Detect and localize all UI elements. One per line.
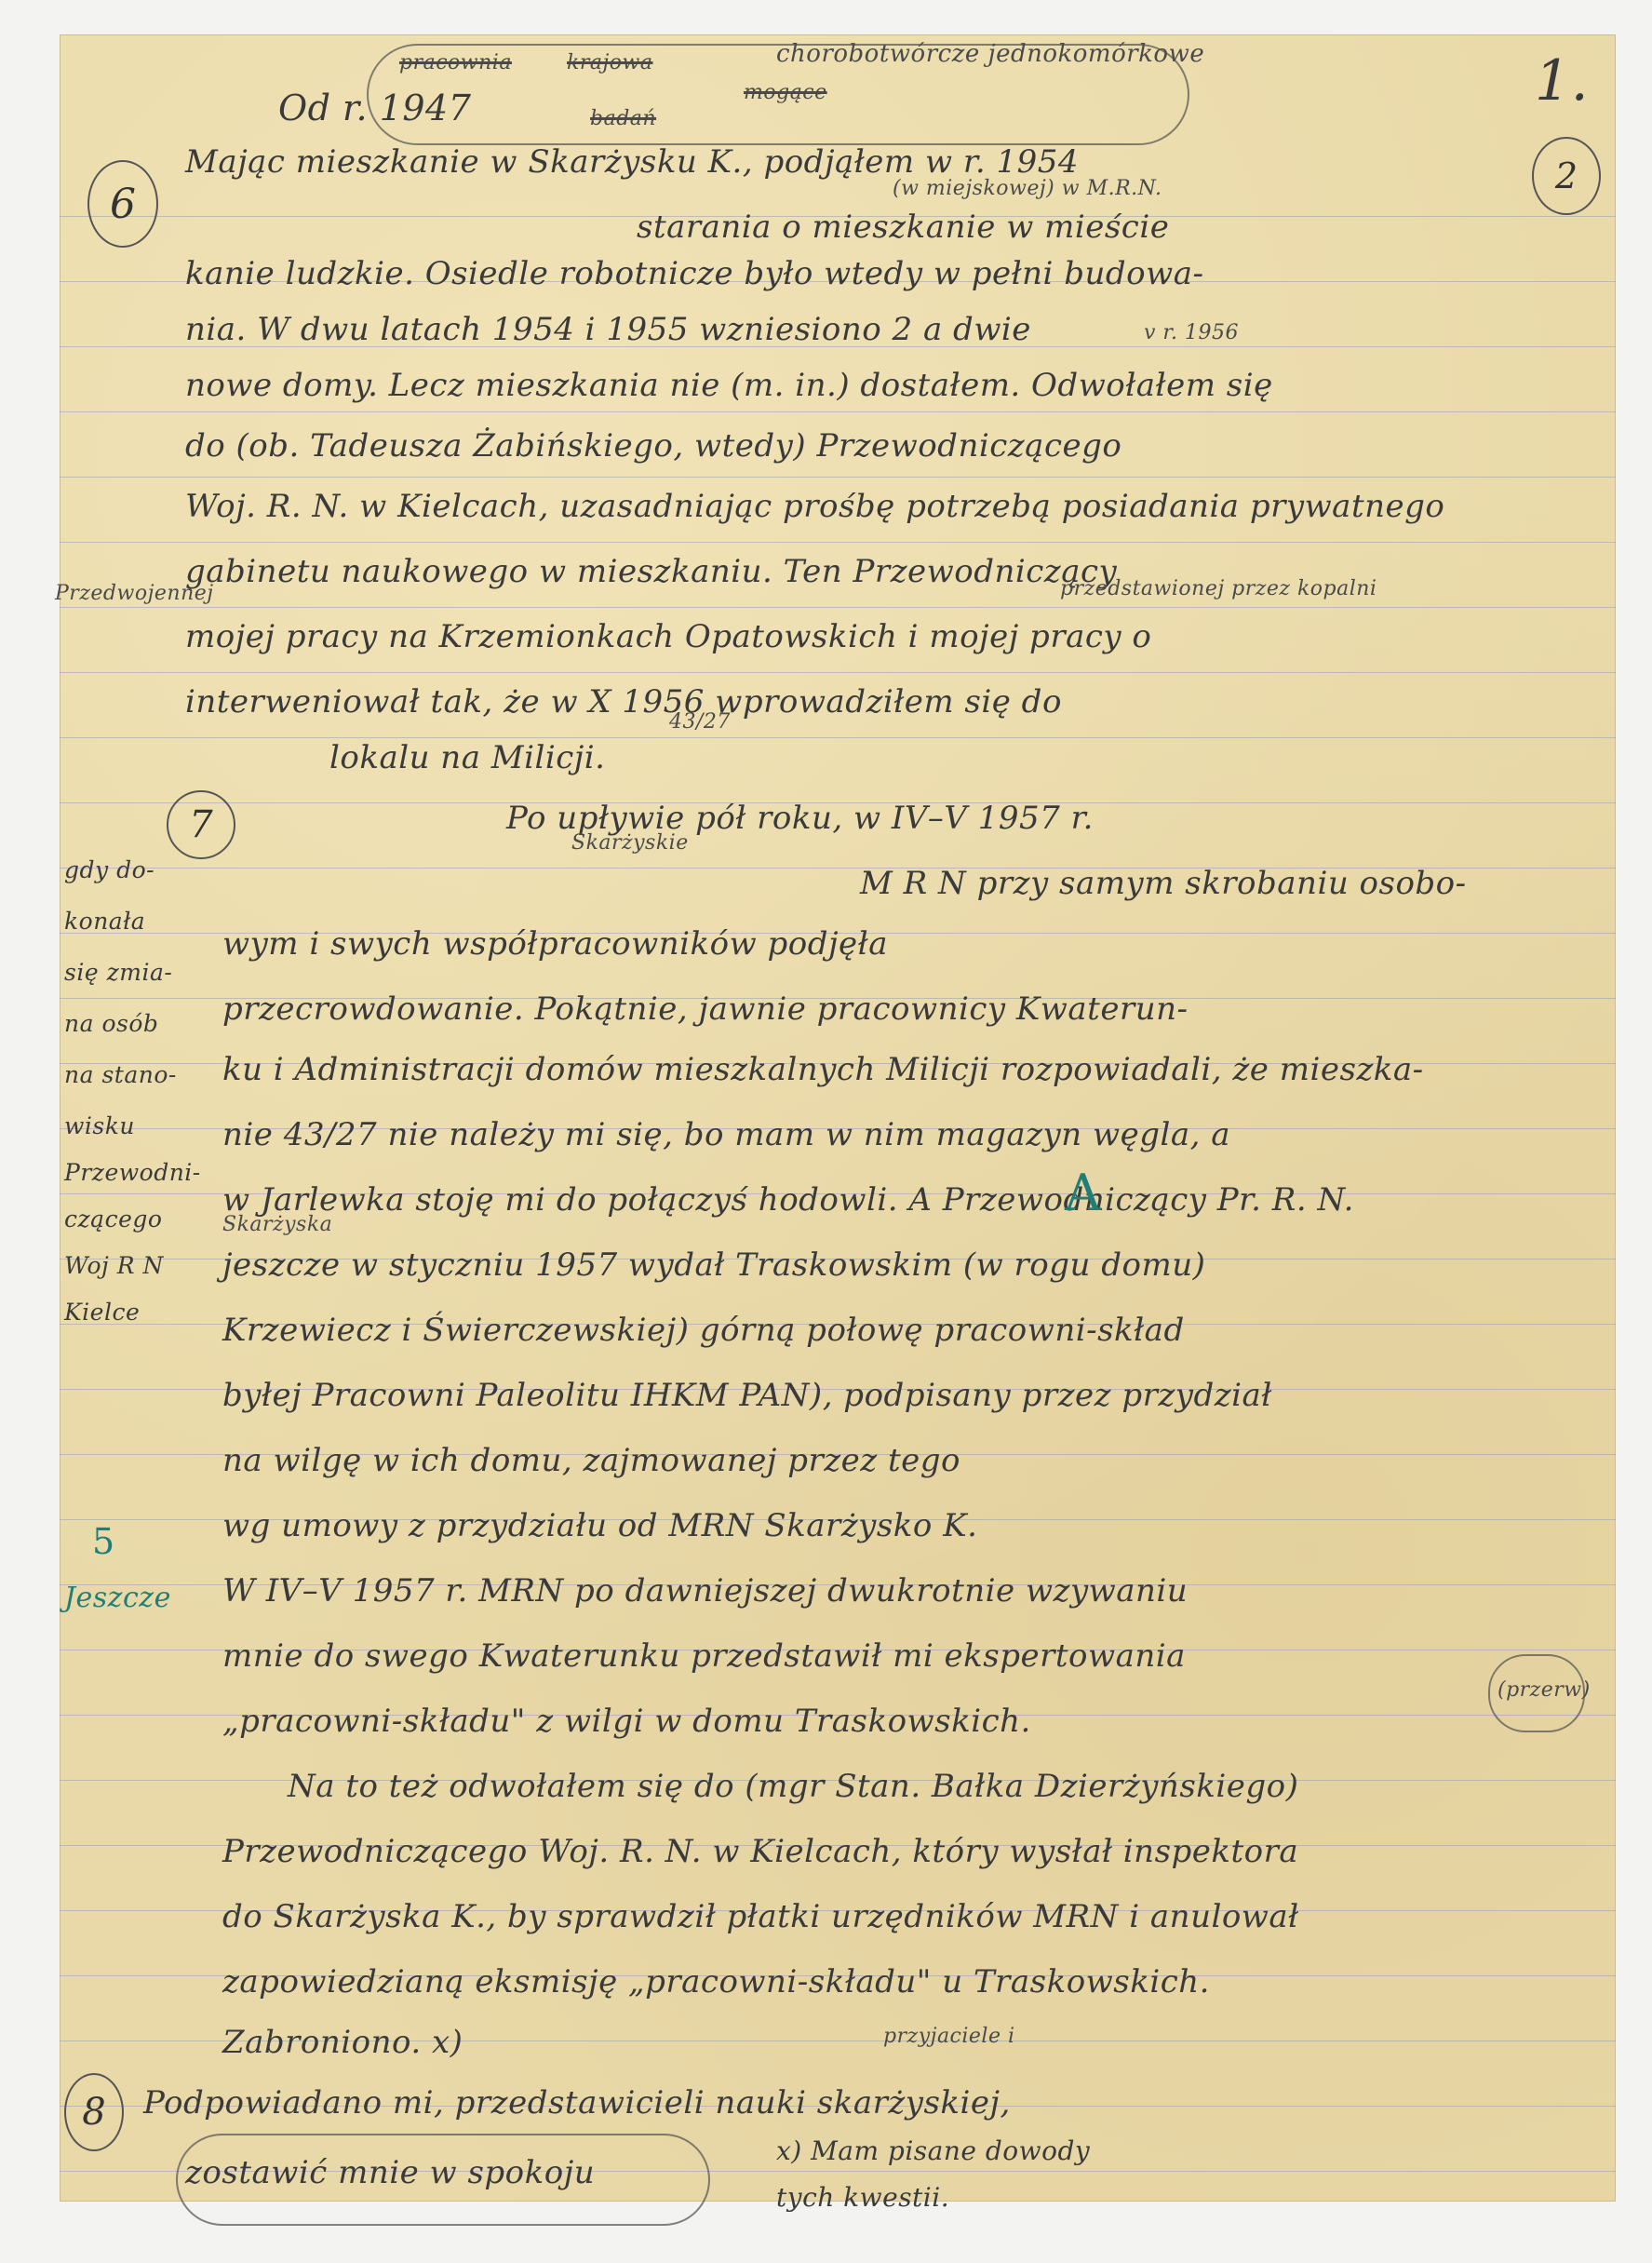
footnote: tych kwestii. xyxy=(776,2185,949,2211)
text-line: starania o mieszkanie w mieście xyxy=(637,211,1169,243)
text-line: Po upływie pół roku, w IV–V 1957 r. xyxy=(506,802,1094,834)
text-line: wym i swych współpracowników podjęła xyxy=(222,928,888,960)
text-line: do Skarżyska K., by sprawdził płatki urz… xyxy=(222,1901,1299,1933)
text-line: nowe domy. Lecz mieszkania nie (m. in.) … xyxy=(185,370,1273,401)
ruled-line xyxy=(60,672,1616,673)
interlinear-insert: przyjaciele i xyxy=(883,2027,1015,2047)
interlinear-insert: przedstawionej przez kopalni xyxy=(1060,579,1377,599)
circled-phrase xyxy=(176,2134,710,2226)
text-line: Woj. R. N. w Kielcach, uzasadniając proś… xyxy=(185,491,1444,522)
page-number-circled: 2 xyxy=(1532,137,1601,215)
ruled-line xyxy=(60,542,1616,543)
text-line: Krzewiecz i Świerczewskiej) górną połowę… xyxy=(222,1314,1185,1346)
margin-note: się zmia- xyxy=(64,961,172,984)
margin-note: gdy do- xyxy=(64,858,154,882)
text-line: w Jarlewka stoję mi do połączyś hodowli.… xyxy=(222,1184,1354,1216)
text-line: interweniował tak, że w X 1956 wprowadzi… xyxy=(185,686,1062,718)
interlinear-insert: (w miejskowej) w M.R.N. xyxy=(893,179,1162,199)
text-line: do (ob. Tadeusza Żabińskiego, wtedy) Prz… xyxy=(185,430,1121,462)
margin-note: wisku xyxy=(64,1114,135,1138)
text-line: Na to też odwołałem się do (mgr Stan. Ba… xyxy=(288,1771,1298,1802)
ruled-line xyxy=(60,411,1616,412)
ruled-line xyxy=(60,607,1616,608)
insertion-loop xyxy=(367,44,1189,145)
text-line: przecrowdowanie. Pokątnie, jawnie pracow… xyxy=(222,993,1189,1025)
text-line: mnie do swego Kwaterunku przedstawił mi … xyxy=(222,1640,1186,1672)
text-line: lokalu na Milicji. xyxy=(329,742,605,774)
section-number: 7 xyxy=(167,790,235,859)
interlinear-insert: Skarżyska xyxy=(222,1215,332,1235)
text-line: W IV–V 1957 r. MRN po dawniejszej dwukro… xyxy=(222,1575,1188,1607)
text-line: Podpowiadano mi, przedstawicieli nauki s… xyxy=(143,2087,1011,2119)
text-line: wg umowy z przydziału od MRN Skarżysko K… xyxy=(222,1510,977,1542)
ruled-line xyxy=(60,737,1616,738)
teal-mark: A xyxy=(1065,1168,1102,1219)
teal-margin-number: 5 xyxy=(92,1524,115,1559)
text-line: nia. W dwu latach 1954 i 1955 wzniesiono… xyxy=(185,314,1031,345)
interlinear-insert: 43/27 xyxy=(669,712,731,733)
margin-note: Przewodni- xyxy=(64,1161,201,1184)
margin-note: konała xyxy=(64,909,145,933)
margin-note: Przedwojennej xyxy=(55,584,214,604)
text-line: Zabroniono. x) xyxy=(222,2027,463,2058)
margin-note: czącego xyxy=(64,1207,162,1231)
section-number: 6 xyxy=(87,160,158,248)
text-line: jeszcze w styczniu 1957 wydał Traskowski… xyxy=(222,1249,1205,1281)
text-line: „pracowni-składu" z wilgi w domu Traskow… xyxy=(222,1705,1031,1737)
footnote: x) Mam pisane dowody xyxy=(776,2138,1090,2164)
text-line: M R N przy samym skrobaniu osobo- xyxy=(860,868,1467,899)
margin-note: na stano- xyxy=(64,1063,177,1086)
ruled-line xyxy=(60,477,1616,478)
teal-margin-note: Jeszcze xyxy=(64,1584,171,1612)
text-line: na wilgę w ich domu, zajmowanej przez te… xyxy=(222,1445,960,1476)
interlinear-insert: Skarżyskie xyxy=(571,833,689,854)
text-line: zapowiedzianą eksmisję „pracowni-składu"… xyxy=(222,1966,1210,1998)
interlinear-insert: v r. 1956 xyxy=(1144,323,1239,343)
manuscript-page: 1. 2 pracownia krajowa chorobotwórcze je… xyxy=(60,34,1616,2202)
margin-note: na osób xyxy=(64,1012,158,1035)
text-line: nie 43/27 nie należy mi się, bo mam w ni… xyxy=(222,1119,1230,1151)
section-number: 8 xyxy=(64,2073,124,2151)
page-number: 1. xyxy=(1535,53,1589,109)
text-line: Mając mieszkanie w Skarżysku K., podjąłe… xyxy=(185,146,1079,178)
text-line: mojej pracy na Krzemionkach Opatowskich … xyxy=(185,621,1151,653)
text-line: byłej Pracowni Paleolitu IHKM PAN), podp… xyxy=(222,1380,1272,1411)
text-line: Przewodniczącego Woj. R. N. w Kielcach, … xyxy=(222,1836,1298,1867)
text-line: gabinetu naukowego w mieszkaniu. Ten Prz… xyxy=(185,556,1117,587)
text-line: ku i Administracji domów mieszkalnych Mi… xyxy=(222,1054,1424,1085)
text-line: kanie ludzkie. Osiedle robotnicze było w… xyxy=(185,258,1204,290)
margin-note: Kielce xyxy=(64,1300,140,1324)
margin-note: (przerw) xyxy=(1498,1680,1591,1701)
margin-note: Woj R N xyxy=(64,1254,164,1277)
